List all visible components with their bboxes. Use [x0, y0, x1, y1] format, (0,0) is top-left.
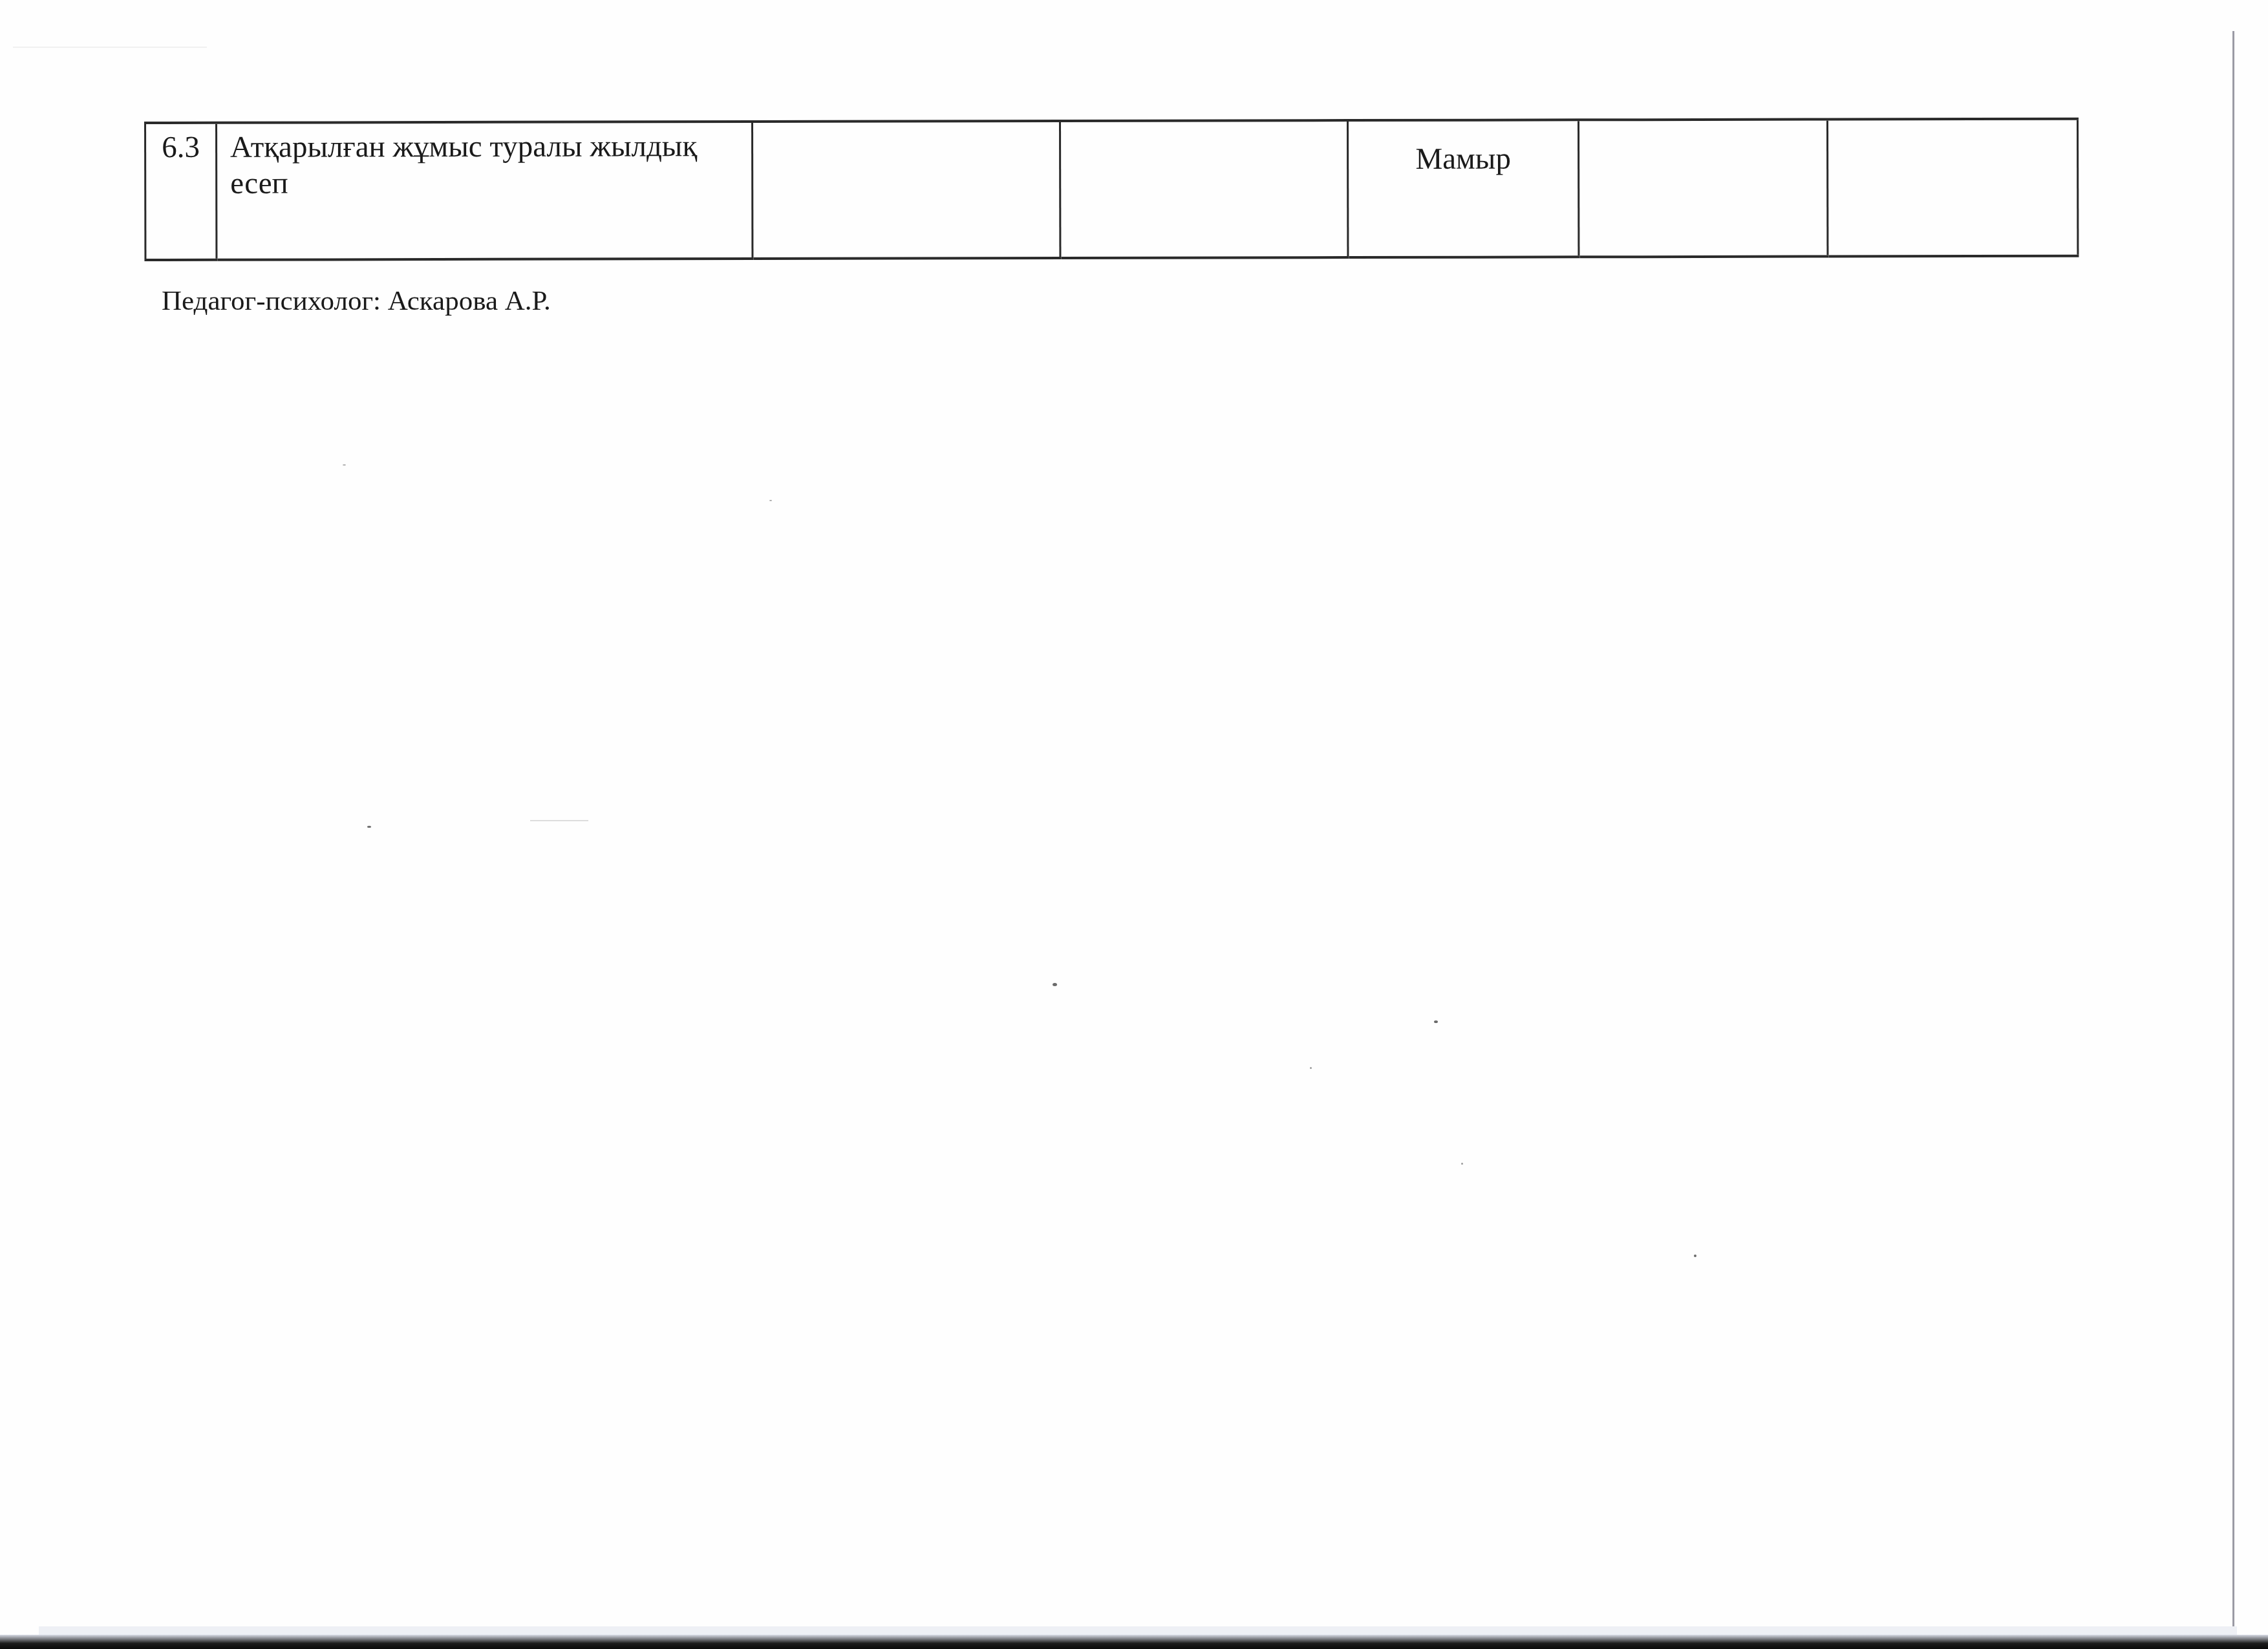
- signature-line: Педагог-психолог: Аскарова А.Р.: [162, 283, 551, 319]
- scan-speck: [530, 820, 588, 821]
- scan-bottom-haze: [39, 1626, 2237, 1635]
- scan-speck: [1694, 1255, 1696, 1257]
- empty-cell-4: [1060, 120, 1348, 258]
- empty-cell-7: [1827, 119, 2077, 257]
- scan-speck: [367, 826, 371, 828]
- scan-speck: [1434, 1020, 1438, 1023]
- signature-role: Педагог-психолог:: [162, 286, 381, 316]
- empty-cell-6: [1578, 120, 1827, 257]
- activity-table: 6.3 Атқарылған жұмыс туралы жылдық есеп …: [144, 118, 2079, 261]
- deadline-cell: Мамыр: [1348, 120, 1579, 257]
- scan-speck: [343, 464, 346, 466]
- empty-cell-3: [753, 121, 1060, 259]
- scan-speck: [1461, 1163, 1463, 1165]
- activity-cell: Атқарылған жұмыс туралы жылдық есеп: [217, 122, 753, 260]
- scan-edge-right: [2232, 31, 2234, 1635]
- scan-bottom-band: [0, 1635, 2268, 1649]
- scan-speck: [1310, 1067, 1312, 1069]
- scanned-page: 6.3 Атқарылған жұмыс туралы жылдық есеп …: [0, 0, 2268, 1649]
- scan-edge-top: [13, 47, 207, 48]
- scan-speck: [1053, 983, 1057, 986]
- table-row: 6.3 Атқарылған жұмыс туралы жылдық есеп …: [145, 119, 2078, 260]
- scan-speck: [769, 500, 772, 501]
- row-number-cell: 6.3: [145, 123, 217, 260]
- signature-name: Аскарова А.Р.: [388, 286, 551, 316]
